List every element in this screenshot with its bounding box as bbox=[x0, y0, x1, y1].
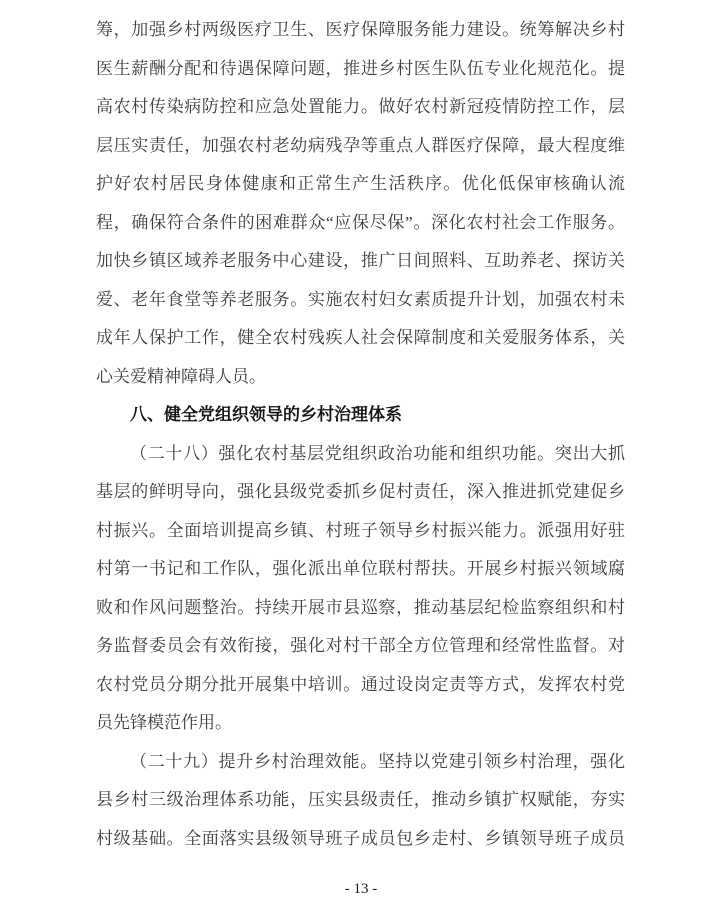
doc-line: 村级基础。全面落实县级领导班子成员包乡走村、乡镇领导班子成员 bbox=[96, 820, 625, 859]
doc-line: 村第一书记和工作队，强化派出单位联村帮扶。开展乡村振兴领域腐 bbox=[96, 550, 625, 589]
doc-line: 成年人保护工作，健全农村残疾人社会保障制度和关爱服务体系，关 bbox=[96, 319, 625, 358]
doc-line: 务监督委员会有效衔接，强化对村干部全方位管理和经常性监督。对 bbox=[96, 627, 625, 666]
paragraph-start-line: （二十九）提升乡村治理效能。坚持以党建引领乡村治理，强化 bbox=[96, 743, 625, 782]
doc-line: 败和作风问题整治。持续开展市县巡察，推动基层纪检监察组织和村 bbox=[96, 589, 625, 628]
doc-line: 心关爱精神障碍人员。 bbox=[96, 358, 625, 397]
doc-line: 护好农村居民身体健康和正常生产生活秩序。优化低保审核确认流 bbox=[96, 165, 625, 204]
paragraph-start-line: （二十八）强化农村基层党组织政治功能和组织功能。突出大抓 bbox=[96, 435, 625, 474]
doc-line: 医生薪酬分配和待遇保障问题，推进乡村医生队伍专业化规范化。提 bbox=[96, 50, 625, 89]
doc-line: 高农村传染病防控和应急处置能力。做好农村新冠疫情防控工作，层 bbox=[96, 88, 625, 127]
section-heading: 八、健全党组织领导的乡村治理体系 bbox=[96, 396, 625, 435]
document-text: 筹，加强乡村两级医疗卫生、医疗保障服务能力建设。统筹解决乡村 医生薪酬分配和待遇… bbox=[96, 11, 625, 858]
doc-line: 村振兴。全面培训提高乡镇、村班子领导乡村振兴能力。派强用好驻 bbox=[96, 512, 625, 551]
doc-line: 筹，加强乡村两级医疗卫生、医疗保障服务能力建设。统筹解决乡村 bbox=[96, 11, 625, 50]
doc-line: 县乡村三级治理体系功能，压实县级责任，推动乡镇扩权赋能，夯实 bbox=[96, 781, 625, 820]
doc-line: 员先锋模范作用。 bbox=[96, 704, 625, 743]
doc-line: 爱、老年食堂等养老服务。实施农村妇女素质提升计划，加强农村未 bbox=[96, 281, 625, 320]
doc-line: 农村党员分期分批开展集中培训。通过设岗定责等方式，发挥农村党 bbox=[96, 666, 625, 705]
doc-line: 加快乡镇区域养老服务中心建设，推广日间照料、互助养老、探访关 bbox=[96, 242, 625, 281]
doc-line: 层压实责任，加强农村老幼病残孕等重点人群医疗保障，最大程度维 bbox=[96, 127, 625, 166]
document-page: 筹，加强乡村两级医疗卫生、医疗保障服务能力建设。统筹解决乡村 医生薪酬分配和待遇… bbox=[0, 0, 722, 922]
page-number: - 13 - bbox=[0, 881, 722, 898]
doc-line: 程，确保符合条件的困难群众“应保尽保”。深化农村社会工作服务。 bbox=[96, 204, 625, 243]
doc-line: 基层的鲜明导向，强化县级党委抓乡促村责任，深入推进抓党建促乡 bbox=[96, 473, 625, 512]
